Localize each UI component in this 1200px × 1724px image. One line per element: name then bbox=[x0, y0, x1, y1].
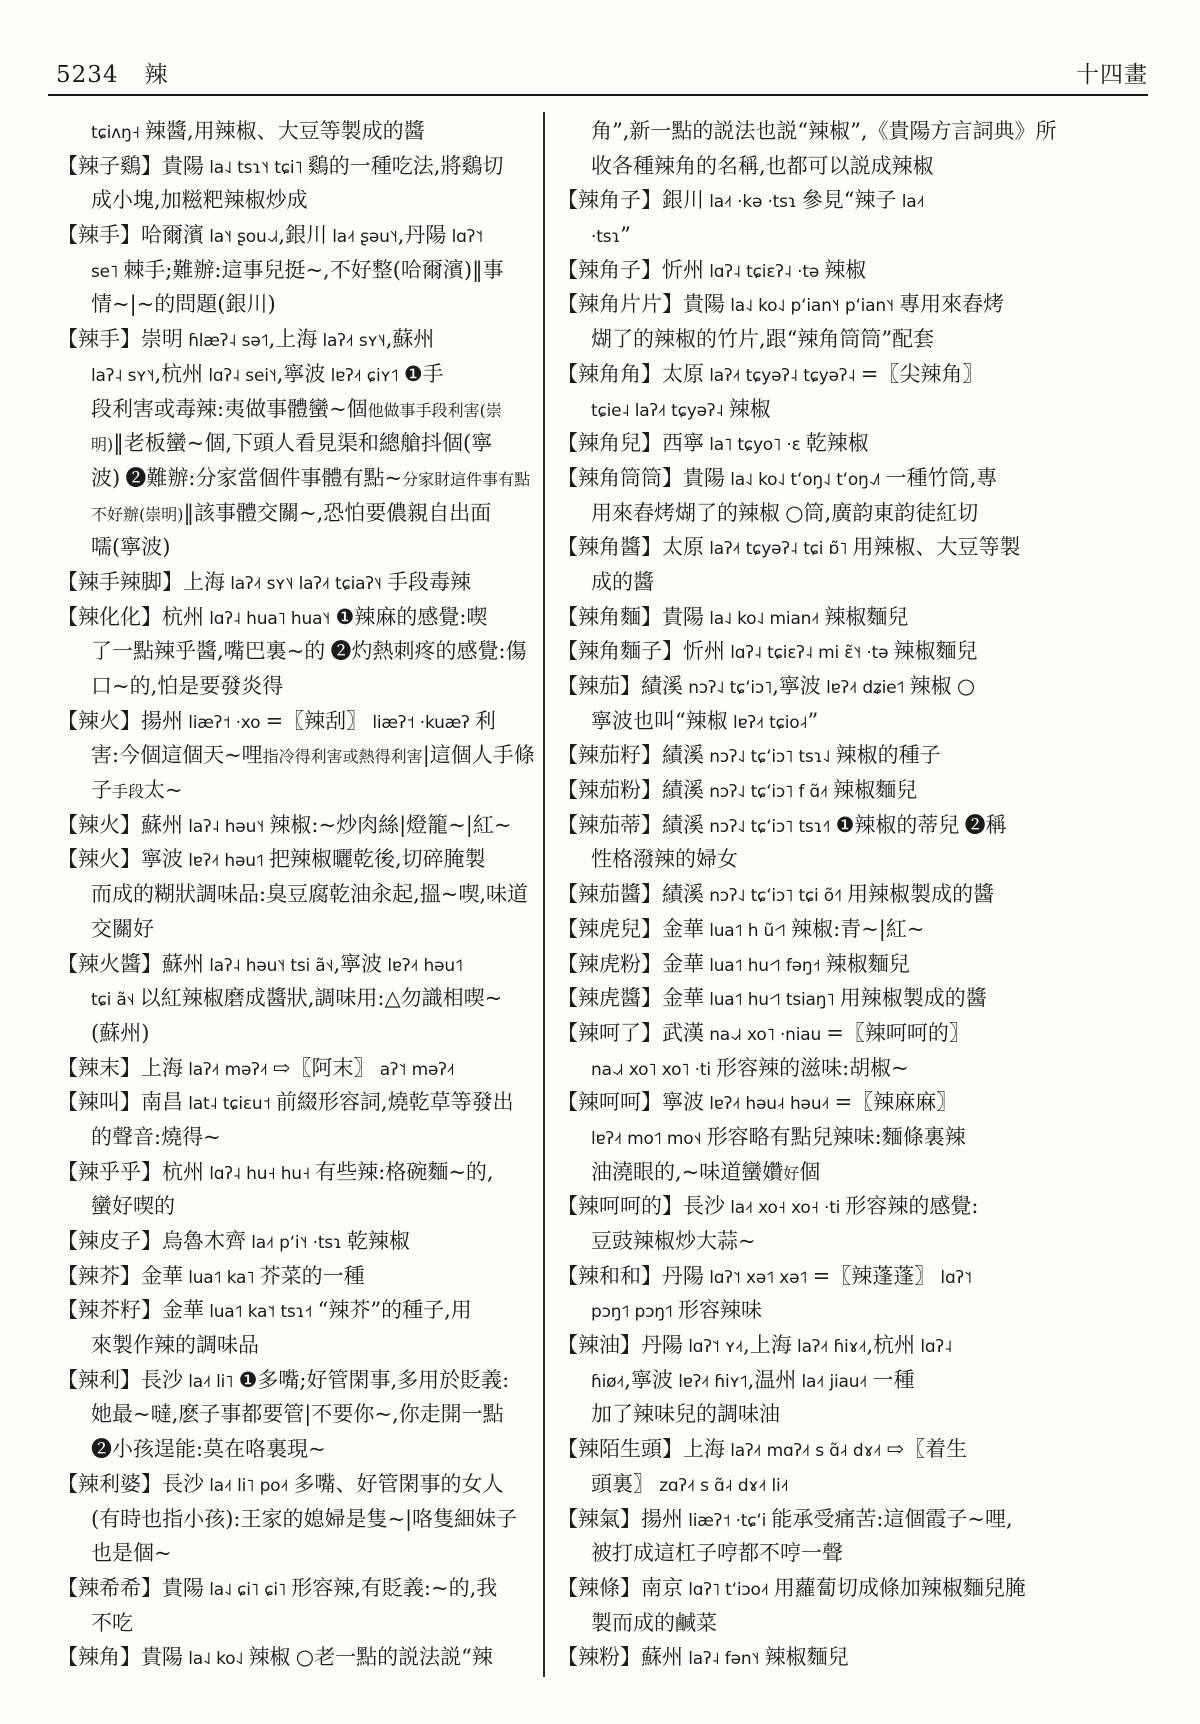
dictionary-line: 用來舂烤煳了的辣椒 ○筒,廣韵東韵徒紅切 bbox=[557, 496, 1027, 531]
phonetic-transcription: laʔ˨˦ mɑʔ˨˦ s ɑ̃˨˧ dɤ˨˦ bbox=[725, 1441, 887, 1461]
entry-text: 【辣子鷄】貴陽 la˨˩ tsɿ˥˧ tɕi˥ 鷄的一種吃法,將鷄切 bbox=[57, 154, 503, 178]
dictionary-line: 【辣茄籽】績溪 nɔʔ˨˩ tɕʻiɔ˥ tsɿ˨˩ 辣椒的種子 bbox=[557, 738, 1027, 773]
entry-text: 被打成這杠子哼都不哼一聲 bbox=[591, 1541, 843, 1565]
dictionary-line: tɕiʌŋ˧ 辣醬,用辣椒、大豆等製成的醬 bbox=[57, 114, 539, 149]
dictionary-line: 【辣粉】蘇州 laʔ˨ fən˥˧ 辣椒麵兒 bbox=[557, 1640, 1027, 1675]
entry-text: ‖該事體交關~,恐怕要儂親自出面 bbox=[184, 501, 492, 525]
dictionary-line: 【辣子鷄】貴陽 la˨˩ tsɿ˥˧ tɕi˥ 鷄的一種吃法,將鷄切 bbox=[57, 149, 539, 184]
entry-text: (蘇州) bbox=[91, 1021, 149, 1045]
dictionary-line: 【辣火】蘇州 laʔ˨ həu˥˧ 辣椒:~炒肉絲|燈籠~|紅~ bbox=[57, 808, 539, 843]
dictionary-line: 不好辦(崇明)‖該事體交關~,恐怕要儂親自出面 bbox=[57, 496, 539, 531]
entry-text: ·tsɿ” bbox=[591, 223, 631, 247]
entry-text: ❷小孩逞能:莫在咯裏現~ bbox=[91, 1437, 326, 1461]
gloss-small-text: 明) bbox=[91, 435, 113, 454]
dictionary-line: 製而成的鹹菜 bbox=[557, 1606, 1027, 1641]
entry-text: 【辣氣】揚州 liæʔ˦ ·tɕʻi 能承受痛苦:這個霞子~哩, bbox=[557, 1507, 1013, 1531]
entry-text: 【辣芥】金華 lua˦˥ ka˥ 芥菜的一種 bbox=[57, 1264, 365, 1288]
dictionary-line: 【辣角】貴陽 la˨˩ ko˨˩ 辣椒 ○老一點的説法説“辣 bbox=[57, 1640, 539, 1675]
entry-text: 【辣條】南京 lɑʔ˥ tʻiɔo˨˦ 用蘿蔔切成條加辣椒麵兒腌 bbox=[557, 1576, 1026, 1600]
phonetic-transcription: tɕiʌŋ˧ bbox=[91, 123, 145, 143]
entry-text: 情~|~的問題(銀川) bbox=[91, 292, 276, 316]
entry-text: 角”,新一點的説法也説“辣椒”,《貴陽方言詞典》所 bbox=[591, 119, 1057, 143]
dictionary-line: 也是個~ bbox=[57, 1536, 539, 1571]
stroke-section-label: 十四畫 bbox=[1076, 56, 1148, 89]
dictionary-line: 煳了的辣椒的竹片,跟“辣角筒筒”配套 bbox=[557, 322, 1027, 357]
phonetic-transcription: lua˦˥ ka˥ bbox=[183, 1268, 260, 1288]
entry-text: 太~ bbox=[144, 778, 183, 802]
entry-text: 【辣茄籽】績溪 nɔʔ˨˩ tɕʻiɔ˥ tsɿ˨˩ 辣椒的種子 bbox=[557, 743, 941, 767]
dictionary-line: 【辣利】長沙 la˨˦ li˥ ❶多嘴;好管閑事,多用於貶義: bbox=[57, 1363, 539, 1398]
phonetic-transcription: lɐʔ˨˦ həu˨˧ həu˨˦ bbox=[704, 1094, 835, 1114]
entry-text: 【辣虎醬】金華 lua˦˥ hu˧˦˥ tsiaŋ˥ 用辣椒製成的醬 bbox=[557, 986, 987, 1010]
dictionary-line: 了一點辣乎醬,嘴巴裏~的 ❷灼熱刺疼的感覺:傷 bbox=[57, 634, 539, 669]
entry-text: 【辣芥籽】金華 lua˦˥ ka˥˦ tsɿ˧˦ “辣芥”的種子,用 bbox=[57, 1298, 472, 1322]
entry-text: 【辣茄粉】績溪 nɔʔ˨˩ tɕʻiɔ˥ f ɑ̃˨˦ 辣椒麵兒 bbox=[557, 778, 917, 802]
entry-text: 【辣火】揚州 liæʔ˦ ·xo =〖辣刮〗 liæʔ˦ ·kuæʔ 利 bbox=[57, 709, 496, 733]
phonetic-transcription: lat˨ tɕiɛu˦ bbox=[183, 1094, 276, 1114]
dictionary-line: 害:今個這個天~哩指冷得利害或熱得利害|這個人手條 bbox=[57, 738, 539, 773]
phonetic-transcription: lɑʔ˨ hua˥ hua˥˧ bbox=[204, 609, 336, 629]
entry-text: 波) ❷難辦:分家當個件事體有點~ bbox=[91, 466, 402, 490]
dictionary-line: 【辣乎乎】杭州 lɑʔ˨ hu˧ hu˧ 有些辣:格碗麵~的, bbox=[57, 1155, 539, 1190]
dictionary-line: 蠻好喫的 bbox=[57, 1189, 539, 1224]
dictionary-line: 嚅(寧波) bbox=[57, 530, 539, 565]
entry-text: 【辣陌生頭】上海 laʔ˨˦ mɑʔ˨˦ s ɑ̃˨˧ dɤ˨˦ ⇨〖着生 bbox=[557, 1437, 967, 1461]
dictionary-line: 【辣虎醬】金華 lua˦˥ hu˧˦˥ tsiaŋ˥ 用辣椒製成的醬 bbox=[557, 981, 1027, 1016]
dictionary-line: 角”,新一點的説法也説“辣椒”,《貴陽方言詞典》所 bbox=[557, 114, 1027, 149]
entry-text: 【辣茄】績溪 nɔʔ˨˩ tɕʻiɔ˥,寧波 lɐʔ˨˦ dʑie˦˥ 辣椒 ○ bbox=[557, 674, 975, 698]
dictionary-line: 【辣火醬】蘇州 laʔ˨ həu˥˧ tsi ã˦˨,寧波 lɐʔ˨˦ həu˦… bbox=[57, 947, 539, 982]
dictionary-line: pɔŋ˦˥ pɔŋ˦˥ 形容辣味 bbox=[557, 1293, 1027, 1328]
entry-text: 【辣呵了】武漢 na˨˩˧ xo˥ ·niau =〖辣呵呵的〗 bbox=[557, 1021, 970, 1045]
dictionary-line: 【辣角醬】太原 laʔ˨˦ tɕyəʔ˨ tɕi ɒ̃˥ 用辣椒、大豆等製 bbox=[557, 530, 1027, 565]
entry-text: 【辣角醬】太原 laʔ˨˦ tɕyəʔ˨ tɕi ɒ̃˥ 用辣椒、大豆等製 bbox=[557, 535, 1021, 559]
entry-text: 【辣和和】丹陽 lɑʔ˥˦ xə˦˥ xə˦˥ =〖辣蓬蓬〗 lɑʔ˥˦ bbox=[557, 1264, 972, 1288]
dictionary-line: 豆豉辣椒炒大蒜~ bbox=[557, 1224, 1027, 1259]
dictionary-line: tɕi ã˦˨ 以紅辣椒磨成醬狀,調味用:△勿識相喫~ bbox=[57, 981, 539, 1016]
entry-text: tɕi ã˦˨ 以紅辣椒磨成醬狀,調味用:△勿識相喫~ bbox=[91, 986, 502, 1010]
entry-text: 性格潑辣的婦女 bbox=[591, 847, 738, 871]
entry-text: 【辣角筒筒】貴陽 la˨˩ ko˨˩ tʻoŋ˨˩ tʻoŋ˨˩˥ 一種竹筒,專 bbox=[557, 466, 997, 490]
entry-text: laʔ˨ sʏ˥˧,杭州 lɑʔ˨ sei˥˧,寧波 lɐʔ˨˦ ɕiʏ˦˥ ❶… bbox=[91, 362, 444, 386]
entry-text: 製而成的鹹菜 bbox=[591, 1611, 717, 1635]
phonetic-transcription: liæʔ˦ ·tɕʻi bbox=[683, 1511, 771, 1531]
phonetic-transcription: nɔʔ˨˩ tɕʻiɔ˥ bbox=[683, 678, 772, 698]
dictionary-line: 【辣茄醬】績溪 nɔʔ˨˩ tɕʻiɔ˥ tɕi õ˧˥ 用辣椒製成的醬 bbox=[557, 877, 1027, 912]
entry-text: 個 bbox=[799, 1160, 820, 1184]
phonetic-transcription: la˨˦ li˥ bbox=[183, 1372, 239, 1392]
dictionary-line: 收各種辣角的名稱,也都可以説成辣椒 bbox=[557, 149, 1027, 184]
phonetic-transcription: lɑʔ˥˦ bbox=[446, 227, 483, 247]
entry-text: 她最~噠,麽子事都要管|不要你~,你走開一點 bbox=[91, 1402, 504, 1426]
dictionary-line: 成的醬 bbox=[557, 565, 1027, 600]
phonetic-transcription: la˨˩ ko˨˩ tʻoŋ˨˩ tʻoŋ˨˩˥ bbox=[725, 470, 886, 490]
dictionary-line: 的聲音:燒得~ bbox=[57, 1120, 539, 1155]
phonetic-transcription: na˨˩˧ xo˥ xo˥ ·ti bbox=[591, 1060, 716, 1080]
phonetic-transcription: lɑʔ˥ tʻiɔo˨˦ bbox=[683, 1580, 774, 1600]
dictionary-line: 【辣手】哈爾濱 la˥˧ ʂou˨˩˧,銀川 la˨˦ ʂəu˥˧,丹陽 lɑʔ… bbox=[57, 218, 539, 253]
entry-text: ɦiø˨˦,寧波 lɐʔ˨˦ ɦiʏ˦˥,温州 la˨˦ jiau˨˦ 一種 bbox=[591, 1368, 915, 1392]
dictionary-line: 被打成這杠子哼都不哼一聲 bbox=[557, 1536, 1027, 1571]
entry-text: 的聲音:燒得~ bbox=[91, 1125, 221, 1149]
dictionary-line: 【辣角角】太原 laʔ˨˦ tɕyəʔ˨ tɕyəʔ˨ =〖尖辣角〗 bbox=[557, 357, 1027, 392]
gloss-small-text: 他做事手段利害(崇 bbox=[368, 401, 502, 420]
phonetic-transcription: lɐʔ˨˦ ɕiʏ˦˥ bbox=[325, 366, 403, 386]
phonetic-transcription: nɔʔ˨˩ tɕʻiɔ˥ tsɿ˧˥ bbox=[704, 817, 836, 837]
dictionary-line: 【辣氣】揚州 liæʔ˦ ·tɕʻi 能承受痛苦:這個霞子~哩, bbox=[557, 1502, 1027, 1537]
entry-text: 【辣末】上海 laʔ˨˦ məʔ˨˦ ⇨〖阿末〗 aʔ˥˦ məʔ˨˦ bbox=[57, 1056, 455, 1080]
dictionary-line: 【辣陌生頭】上海 laʔ˨˦ mɑʔ˨˦ s ɑ̃˨˧ dɤ˨˦ ⇨〖着生 bbox=[557, 1432, 1027, 1467]
column-divider bbox=[543, 112, 545, 1677]
phonetic-transcription bbox=[291, 1649, 296, 1669]
phonetic-transcription: lua˦˥ h ũ˧˦˥ bbox=[704, 921, 791, 941]
entry-text: 交關好 bbox=[91, 917, 154, 941]
entry-text: 【辣皮子】烏魯木齊 la˨˦ pʻi˥˧ ·tsɿ 乾辣椒 bbox=[57, 1229, 410, 1253]
dictionary-line: 【辣油】丹陽 lɑʔ˥˦ ʏ˨˦,上海 laʔ˨˦ ɦiɤ˨˦,杭州 lɑʔ˨ bbox=[557, 1328, 1027, 1363]
entry-text: 【辣角】貴陽 la˨˩ ko˨˩ 辣椒 ○老一點的説法説“辣 bbox=[57, 1645, 493, 1669]
phonetic-transcription: laʔ˨˦ sʏ˥˨ laʔ˨˦ tɕiaʔ˥˨ bbox=[225, 574, 387, 594]
dictionary-line: 而成的糊狀調味品:臭豆腐乾油汆起,搵~喫,味道 bbox=[57, 877, 539, 912]
dictionary-line: 不吃 bbox=[57, 1606, 539, 1641]
entry-text: 嚅(寧波) bbox=[91, 535, 170, 559]
entry-text: 【辣角子】忻州 lɑʔ˨ tɕiɛʔ˨ ·tə 辣椒 bbox=[557, 258, 866, 282]
entry-text: 【辣呵呵的】長沙 la˨˦ xo˧ xo˧ ·ti 形容辣的感覺: bbox=[557, 1194, 978, 1218]
phonetic-transcription: lua˦˥ hu˧˦˥ tsiaŋ˥ bbox=[704, 990, 840, 1010]
entry-text: na˨˩˧ xo˥ xo˥ ·ti 形容辣的滋味:胡椒~ bbox=[591, 1056, 909, 1080]
page-number: 5234 bbox=[56, 62, 119, 88]
phonetic-transcription: laʔ˨˦ ɦiɤ˨˦ bbox=[792, 1337, 867, 1357]
entry-text: 蠻好喫的 bbox=[91, 1194, 175, 1218]
phonetic-transcription: lɐʔ˨˦ mo˦˥ mo˦˨ bbox=[591, 1129, 707, 1149]
dictionary-line: 【辣呵呵】寧波 lɐʔ˨˦ həu˨˧ həu˨˦ =〖辣麻麻〗 bbox=[557, 1085, 1027, 1120]
dictionary-line: 交關好 bbox=[57, 912, 539, 947]
entry-text: |這個人手條 bbox=[423, 743, 535, 767]
entry-text: 【辣火】蘇州 laʔ˨ həu˥˧ 辣椒:~炒肉絲|燈籠~|紅~ bbox=[57, 813, 511, 837]
entry-text: 【辣油】丹陽 lɑʔ˥˦ ʏ˨˦,上海 laʔ˨˦ ɦiɤ˨˦,杭州 lɑʔ˨ bbox=[557, 1333, 952, 1357]
dictionary-line: 子手段太~ bbox=[57, 773, 539, 808]
entry-text: 不吃 bbox=[91, 1611, 133, 1635]
phonetic-transcription: lua˦˥ hu˧˦˥ fəŋ˧˦ bbox=[704, 956, 826, 976]
phonetic-transcription: laʔ˨ həu˥˧ bbox=[183, 817, 269, 837]
phonetic-transcription: lɑʔ˨ hu˧ hu˧ bbox=[204, 1164, 315, 1184]
dictionary-line: lɐʔ˨˦ mo˦˥ mo˦˨ 形容略有點兒辣味:麵條裏辣 bbox=[557, 1120, 1027, 1155]
dictionary-line: 【辣角子】銀川 la˨˦ ·kə ·tsɿ 參見“辣子 la˨˦ bbox=[557, 183, 1027, 218]
entry-text: lɐʔ˨˦ mo˦˥ mo˦˨ 形容略有點兒辣味:麵條裏辣 bbox=[591, 1125, 966, 1149]
dictionary-line: 【辣火】寧波 lɐʔ˨˦ həu˦˥ 把辣椒曬乾後,切碎腌製 bbox=[57, 842, 539, 877]
entry-text: 豆豉辣椒炒大蒜~ bbox=[591, 1229, 756, 1253]
entry-text: 而成的糊狀調味品:臭豆腐乾油汆起,搵~喫,味道 bbox=[91, 882, 528, 906]
phonetic-transcription: la˨˦ ʂəu˥˧ bbox=[327, 227, 398, 247]
phonetic-transcription bbox=[780, 505, 785, 525]
phonetic-transcription: lɐʔ˨˦ həu˦˥ bbox=[382, 956, 463, 976]
entry-text: 【辣叫】南昌 lat˨ tɕiɛu˦ 前綴形容詞,燒乾草等發出 bbox=[57, 1090, 514, 1114]
phonetic-transcription: la˨˦ pʻi˥˧ ·tsɿ bbox=[246, 1233, 347, 1253]
dictionary-line: 【辣茄】績溪 nɔʔ˨˩ tɕʻiɔ˥,寧波 lɐʔ˨˦ dʑie˦˥ 辣椒 ○ bbox=[557, 669, 1027, 704]
gloss-small-text: 不好辦(崇明) bbox=[91, 505, 184, 524]
entry-text: 【辣利】長沙 la˨˦ li˥ ❶多嘴;好管閑事,多用於貶義: bbox=[57, 1368, 509, 1392]
phonetic-transcription bbox=[952, 678, 957, 698]
phonetic-transcription: se˥ bbox=[91, 262, 123, 282]
phonetic-transcription: la˥˧ ʂou˨˩˧ bbox=[204, 227, 278, 247]
dictionary-line: 來製作辣的調味品 bbox=[57, 1328, 539, 1363]
entry-text: 【辣角麵子】忻州 lɑʔ˨ tɕiɛʔ˨ mi ɛ̃˥˧ ·tə 辣椒麵兒 bbox=[557, 639, 978, 663]
dictionary-line: 她最~噠,麽子事都要管|不要你~,你走開一點 bbox=[57, 1397, 539, 1432]
phonetic-transcription bbox=[120, 470, 125, 490]
entry-text: 加了辣味兒的調味油 bbox=[591, 1402, 780, 1426]
entry-text: (有時也指小孩):王家的媳婦是隻~|咯隻細妹子 bbox=[91, 1507, 517, 1531]
dictionary-page: 5234 辣 十四畫 tɕiʌŋ˧ 辣醬,用辣椒、大豆等製成的醬【辣子鷄】貴陽 … bbox=[0, 0, 1200, 1724]
entry-text: 【辣利婆】長沙 la˨˦ li˥ po˨˦ 多嘴、好管閑事的女人 bbox=[57, 1472, 504, 1496]
entry-text: 子 bbox=[91, 778, 112, 802]
phonetic-transcription: laʔ˨ sʏ˥˧ bbox=[91, 366, 154, 386]
entry-text: 【辣化化】杭州 lɑʔ˨ hua˥ hua˥˧ ❶辣麻的感覺:喫 bbox=[57, 605, 487, 629]
dictionary-line: 油澆眼的,~味道蠻㜺好個 bbox=[557, 1155, 1027, 1190]
gloss-small-text: 手段 bbox=[112, 782, 144, 801]
entry-text: 口~的,怕是要發炎得 bbox=[91, 674, 283, 698]
dictionary-line: 【辣呵呵的】長沙 la˨˦ xo˧ xo˧ ·ti 形容辣的感覺: bbox=[557, 1189, 1027, 1224]
dictionary-line: 段利害或毒辣:夷做事體蠻~個他做事手段利害(崇 bbox=[57, 392, 539, 427]
left-column: tɕiʌŋ˧ 辣醬,用辣椒、大豆等製成的醬【辣子鷄】貴陽 la˨˩ tsɿ˥˧ … bbox=[57, 114, 539, 1675]
entry-text: 【辣角片片】貴陽 la˨˩ ko˨˩ pʻian˥˧ pʻian˥˧ 專用來舂烤 bbox=[557, 292, 1004, 316]
dictionary-line: 【辣和和】丹陽 lɑʔ˥˦ xə˦˥ xə˦˥ =〖辣蓬蓬〗 lɑʔ˥˦ bbox=[557, 1259, 1027, 1294]
phonetic-transcription: lɑʔ˨ bbox=[915, 1337, 952, 1357]
phonetic-transcription: la˨˩ ko˨˩ pʻian˥˧ pʻian˥˧ bbox=[725, 296, 899, 316]
phonetic-transcription: aʔ˥˦ məʔ˨˦ bbox=[375, 1060, 455, 1080]
phonetic-transcription: laʔ˨˦ sʏ˥˨ bbox=[317, 331, 385, 351]
right-column: 角”,新一點的説法也説“辣椒”,《貴陽方言詞典》所收各種辣角的名稱,也都可以説成… bbox=[557, 114, 1027, 1675]
phonetic-transcription: la˥ tɕyo˥ ·ɛ bbox=[704, 435, 806, 455]
phonetic-transcription: laʔ˨˦ tɕyəʔ˨ tɕi ɒ̃˥ bbox=[704, 539, 853, 559]
phonetic-transcription: lɑʔ˥˦ xə˦˥ xə˦˥ bbox=[704, 1268, 813, 1288]
phonetic-transcription: tɕi ã˦˨ bbox=[91, 990, 140, 1010]
phonetic-transcription: ɦlæʔ˨ sə˦˥ bbox=[183, 331, 269, 351]
phonetic-transcription: lɑʔ˥˦ ʏ˨˦ bbox=[683, 1337, 743, 1357]
dictionary-line: 【辣角麵】貴陽 la˨˩ ko˨˩ mian˨˦ 辣椒麵兒 bbox=[557, 600, 1027, 635]
entry-text: 了一點辣乎醬,嘴巴裏~的 ❷灼熱刺疼的感覺:傷 bbox=[91, 639, 527, 663]
header-rule bbox=[48, 94, 1148, 96]
gloss-small-text: 指冷得利害或熱得利害 bbox=[263, 747, 423, 766]
page-header: 5234 辣 十四畫 bbox=[56, 56, 1148, 89]
phonetic-transcription: la˨˦ ·kə ·tsɿ bbox=[704, 192, 802, 212]
dictionary-line: laʔ˨ sʏ˥˧,杭州 lɑʔ˨ sei˥˧,寧波 lɐʔ˨˦ ɕiʏ˦˥ ❶… bbox=[57, 357, 539, 392]
entry-text: 【辣角兒】西寧 la˥ tɕyo˥ ·ɛ 乾辣椒 bbox=[557, 431, 869, 455]
phonetic-transcription: lɐʔ˨˦ ɦiʏ˦˥ bbox=[673, 1372, 748, 1392]
phonetic-transcription: ·tsɿ bbox=[591, 227, 620, 247]
entry-text: 【辣火】寧波 lɐʔ˨˦ həu˦˥ 把辣椒曬乾後,切碎腌製 bbox=[57, 847, 486, 871]
phonetic-transcription: lɑʔ˨ sei˥˧ bbox=[203, 366, 277, 386]
phonetic-transcription: pɔŋ˦˥ pɔŋ˦˥ bbox=[591, 1302, 678, 1322]
phonetic-transcription: la˨˦ xo˧ xo˧ ·ti bbox=[725, 1198, 845, 1218]
entry-text: 【辣角子】銀川 la˨˦ ·kə ·tsɿ 參見“辣子 la˨˦ bbox=[557, 188, 924, 212]
entry-text: 【辣虎粉】金華 lua˦˥ hu˧˦˥ fəŋ˧˦ 辣椒麵兒 bbox=[557, 952, 910, 976]
entry-text: ‖老板蠻~個,下頭人看見渠和總艙抖個(寧 bbox=[113, 431, 492, 455]
dictionary-line: 【辣手辣脚】上海 laʔ˨˦ sʏ˥˨ laʔ˨˦ tɕiaʔ˥˨ 手段毒辣 bbox=[57, 565, 539, 600]
dictionary-line: 【辣末】上海 laʔ˨˦ məʔ˨˦ ⇨〖阿末〗 aʔ˥˦ məʔ˨˦ bbox=[57, 1051, 539, 1086]
dictionary-line: 【辣芥】金華 lua˦˥ ka˥ 芥菜的一種 bbox=[57, 1259, 539, 1294]
dictionary-line: 性格潑辣的婦女 bbox=[557, 842, 1027, 877]
entry-text: 用來舂烤煳了的辣椒 ○筒,廣韵東韵徒紅切 bbox=[591, 501, 978, 525]
dictionary-line: 頭裏〗 zɑʔ˨˦ s ɑ̃˨˧ dɤ˨˦ li˨˦ bbox=[557, 1467, 1027, 1502]
dictionary-line: tɕie˨ laʔ˨˦ tɕyəʔ˨ 辣椒 bbox=[557, 392, 1027, 427]
entry-text: 段利害或毒辣:夷做事體蠻~個 bbox=[91, 397, 368, 421]
entry-text: pɔŋ˦˥ pɔŋ˦˥ 形容辣味 bbox=[591, 1298, 762, 1322]
entry-text: tɕie˨ laʔ˨˦ tɕyəʔ˨ 辣椒 bbox=[591, 397, 771, 421]
phonetic-transcription: liæʔ˦ ·kuæʔ bbox=[367, 713, 475, 733]
entry-text: 【辣火醬】蘇州 laʔ˨ həu˥˧ tsi ã˦˨,寧波 lɐʔ˨˦ həu˦… bbox=[57, 952, 463, 976]
page-header-left: 5234 辣 bbox=[56, 56, 169, 89]
entry-text: 來製作辣的調味品 bbox=[91, 1333, 259, 1357]
phonetic-transcription: la˨˩ tsɿ˥˧ tɕi˥ bbox=[204, 158, 308, 178]
phonetic-transcription: lɑʔ˨ tɕiɛʔ˨ mi ɛ̃˥˧ ·tə bbox=[725, 643, 894, 663]
phonetic-transcription bbox=[959, 817, 964, 837]
dictionary-line: 加了辣味兒的調味油 bbox=[557, 1397, 1027, 1432]
dictionary-line: 【辣化化】杭州 lɑʔ˨ hua˥ hua˥˧ ❶辣麻的感覺:喫 bbox=[57, 600, 539, 635]
entry-text: 【辣茄蒂】績溪 nɔʔ˨˩ tɕʻiɔ˥ tsɿ˧˥ ❶辣椒的蒂兒 ❷稱 bbox=[557, 813, 1007, 837]
dictionary-line: 成小塊,加糍粑辣椒炒成 bbox=[57, 183, 539, 218]
entry-text: 煳了的辣椒的竹片,跟“辣角筒筒”配套 bbox=[591, 327, 934, 351]
dictionary-line: 寧波也叫“辣椒 lɐʔ˨˦ tɕio˨˧” bbox=[557, 704, 1027, 739]
dictionary-line: 波) ❷難辦:分家當個件事體有點~分家財這件事有點 bbox=[57, 461, 539, 496]
dictionary-line: 【辣手】崇明 ɦlæʔ˨ sə˦˥,上海 laʔ˨˦ sʏ˥˨,蘇州 bbox=[57, 322, 539, 357]
phonetic-transcription: zɑʔ˨˦ s ɑ̃˨˧ dɤ˨˦ li˨˦ bbox=[654, 1476, 789, 1496]
phonetic-transcription: la˨˩ ko˨˩ mian˨˦ bbox=[704, 609, 824, 629]
dictionary-line: 【辣芥籽】金華 lua˦˥ ka˥˦ tsɿ˧˦ “辣芥”的種子,用 bbox=[57, 1293, 539, 1328]
dictionary-line: 【辣虎粉】金華 lua˦˥ hu˧˦˥ fəŋ˧˦ 辣椒麵兒 bbox=[557, 947, 1027, 982]
phonetic-transcription: nɔʔ˨˩ tɕʻiɔ˥ f ɑ̃˨˦ bbox=[704, 782, 833, 802]
entry-text: 頭裏〗 zɑʔ˨˦ s ɑ̃˨˧ dɤ˨˦ li˨˦ bbox=[591, 1472, 789, 1496]
dictionary-line: 【辣虎兒】金華 lua˦˥ h ũ˧˦˥ 辣椒:青~|紅~ bbox=[557, 912, 1027, 947]
phonetic-transcription: liæʔ˦ ·xo bbox=[183, 713, 266, 733]
entry-text: 【辣希希】貴陽 la˨˩ ɕi˥ ɕi˥ 形容辣,有貶義:~的,我 bbox=[57, 1576, 497, 1600]
dictionary-line: ·tsɿ” bbox=[557, 218, 1027, 253]
entry-text: 【辣手】哈爾濱 la˥˧ ʂou˨˩˧,銀川 la˨˦ ʂəu˥˧,丹陽 lɑʔ… bbox=[57, 223, 483, 247]
dictionary-line: (有時也指小孩):王家的媳婦是隻~|咯隻細妹子 bbox=[57, 1502, 539, 1537]
phonetic-transcription: ɦiø˨˦ bbox=[591, 1372, 624, 1392]
phonetic-transcription: laʔ˨˦ məʔ˨˦ bbox=[183, 1060, 273, 1080]
dictionary-line: 【辣利婆】長沙 la˨˦ li˥ po˨˦ 多嘴、好管閑事的女人 bbox=[57, 1467, 539, 1502]
entry-text: 【辣角角】太原 laʔ˨˦ tɕyəʔ˨ tɕyəʔ˨ =〖尖辣角〗 bbox=[557, 362, 983, 386]
phonetic-transcription: lɐʔ˨˦ dʑie˦˥ bbox=[821, 678, 910, 698]
entry-text: 【辣乎乎】杭州 lɑʔ˨ hu˧ hu˧ 有些辣:格碗麵~的, bbox=[57, 1160, 494, 1184]
dictionary-line: ❷小孩逞能:莫在咯裏現~ bbox=[57, 1432, 539, 1467]
entry-text: 成小塊,加糍粑辣椒炒成 bbox=[91, 188, 308, 212]
dictionary-line: na˨˩˧ xo˥ xo˥ ·ti 形容辣的滋味:胡椒~ bbox=[557, 1051, 1027, 1086]
dictionary-line: (蘇州) bbox=[57, 1016, 539, 1051]
phonetic-transcription: laʔ˨˦ tɕyəʔ˨ tɕyəʔ˨ bbox=[704, 366, 861, 386]
dictionary-line: 明)‖老板蠻~個,下頭人看見渠和總艙抖個(寧 bbox=[57, 426, 539, 461]
phonetic-transcription: laʔ˨ həu˥˧ tsi ã˦˨ bbox=[204, 956, 333, 976]
phonetic-transcription: la˨˩ ɕi˥ ɕi˥ bbox=[204, 1580, 291, 1600]
dictionary-line: 【辣茄蒂】績溪 nɔʔ˨˩ tɕʻiɔ˥ tsɿ˧˥ ❶辣椒的蒂兒 ❷稱 bbox=[557, 808, 1027, 843]
entry-text: 也是個~ bbox=[91, 1541, 172, 1565]
gloss-small-text: 分家財這件事有點 bbox=[402, 470, 530, 489]
entry-text: 【辣呵呵】寧波 lɐʔ˨˦ həu˨˧ həu˨˦ =〖辣麻麻〗 bbox=[557, 1090, 957, 1114]
gloss-small-text: 好 bbox=[783, 1164, 799, 1183]
dictionary-line: 口~的,怕是要發炎得 bbox=[57, 669, 539, 704]
dictionary-line: ɦiø˨˦,寧波 lɐʔ˨˦ ɦiʏ˦˥,温州 la˨˦ jiau˨˦ 一種 bbox=[557, 1363, 1027, 1398]
entry-text: se˥ 棘手;難辦:這事兒挺~,不好整(哈爾濱)‖事 bbox=[91, 258, 504, 282]
entry-text: 【辣粉】蘇州 laʔ˨ fən˥˧ 辣椒麵兒 bbox=[557, 1645, 849, 1669]
dictionary-line: 【辣火】揚州 liæʔ˦ ·xo =〖辣刮〗 liæʔ˦ ·kuæʔ 利 bbox=[57, 704, 539, 739]
phonetic-transcription: laʔ˨ fən˥˧ bbox=[683, 1649, 765, 1669]
dictionary-line: 【辣希希】貴陽 la˨˩ ɕi˥ ɕi˥ 形容辣,有貶義:~的,我 bbox=[57, 1571, 539, 1606]
phonetic-transcription: lua˦˥ ka˥˦ tsɿ˧˦ bbox=[204, 1302, 318, 1322]
phonetic-transcription: lɐʔ˨˦ həu˦˥ bbox=[183, 851, 269, 871]
entry-text: tɕiʌŋ˧ 辣醬,用辣椒、大豆等製成的醬 bbox=[91, 119, 425, 143]
dictionary-line: 【辣呵了】武漢 na˨˩˧ xo˥ ·niau =〖辣呵呵的〗 bbox=[557, 1016, 1027, 1051]
running-headword: 辣 bbox=[145, 56, 169, 89]
phonetic-transcription: la˨˩ ko˨˩ bbox=[183, 1649, 249, 1669]
phonetic-transcription: lɑʔ˨ tɕiɛʔ˨ ·tə bbox=[704, 262, 824, 282]
dictionary-line: 【辣角片片】貴陽 la˨˩ ko˨˩ pʻian˥˧ pʻian˥˧ 專用來舂烤 bbox=[557, 287, 1027, 322]
entry-text: 收各種辣角的名稱,也都可以説成辣椒 bbox=[591, 154, 934, 178]
entry-text: 【辣茄醬】績溪 nɔʔ˨˩ tɕʻiɔ˥ tɕi õ˧˥ 用辣椒製成的醬 bbox=[557, 882, 994, 906]
phonetic-transcription bbox=[325, 643, 330, 663]
dictionary-line: se˥ 棘手;難辦:這事兒挺~,不好整(哈爾濱)‖事 bbox=[57, 253, 539, 288]
entry-text: 寧波也叫“辣椒 lɐʔ˨˦ tɕio˨˧” bbox=[591, 709, 818, 733]
dictionary-line: 【辣皮子】烏魯木齊 la˨˦ pʻi˥˧ ·tsɿ 乾辣椒 bbox=[57, 1224, 539, 1259]
phonetic-transcription: nɔʔ˨˩ tɕʻiɔ˥ tɕi õ˧˥ bbox=[704, 886, 847, 906]
phonetic-transcription: tɕie˨ laʔ˨˦ tɕyəʔ˨ bbox=[591, 401, 729, 421]
entry-text: 【辣手辣脚】上海 laʔ˨˦ sʏ˥˨ laʔ˨˦ tɕiaʔ˥˨ 手段毒辣 bbox=[57, 570, 471, 594]
phonetic-transcription: lɑʔ˥˦ bbox=[935, 1268, 972, 1288]
dictionary-line: 【辣條】南京 lɑʔ˥ tʻiɔo˨˦ 用蘿蔔切成條加辣椒麵兒腌 bbox=[557, 1571, 1027, 1606]
phonetic-transcription: la˨˦ li˥ po˨˦ bbox=[204, 1476, 294, 1496]
dictionary-line: 【辣茄粉】績溪 nɔʔ˨˩ tɕʻiɔ˥ f ɑ̃˨˦ 辣椒麵兒 bbox=[557, 773, 1027, 808]
dictionary-line: 【辣角兒】西寧 la˥ tɕyo˥ ·ɛ 乾辣椒 bbox=[557, 426, 1027, 461]
entry-text: 【辣角麵】貴陽 la˨˩ ko˨˩ mian˨˦ 辣椒麵兒 bbox=[557, 605, 908, 629]
dictionary-line: 情~|~的問題(銀川) bbox=[57, 287, 539, 322]
entry-text: 油澆眼的,~味道蠻㜺 bbox=[591, 1160, 783, 1184]
dictionary-line: 【辣角麵子】忻州 lɑʔ˨ tɕiɛʔ˨ mi ɛ̃˥˧ ·tə 辣椒麵兒 bbox=[557, 634, 1027, 669]
dictionary-line: 【辣角筒筒】貴陽 la˨˩ ko˨˩ tʻoŋ˨˩ tʻoŋ˨˩˥ 一種竹筒,專 bbox=[557, 461, 1027, 496]
phonetic-transcription: lɐʔ˨˦ tɕio˨˧ bbox=[728, 713, 808, 733]
entry-text: 【辣虎兒】金華 lua˦˥ h ũ˧˦˥ 辣椒:青~|紅~ bbox=[557, 917, 924, 941]
phonetic-transcription: la˨˦ jiau˨˦ bbox=[796, 1372, 872, 1392]
entry-text: 害:今個這個天~哩 bbox=[91, 743, 263, 767]
dictionary-line: 【辣叫】南昌 lat˨ tɕiɛu˦ 前綴形容詞,燒乾草等發出 bbox=[57, 1085, 539, 1120]
phonetic-transcription: la˨˦ bbox=[897, 192, 925, 212]
entry-text: 成的醬 bbox=[591, 570, 654, 594]
phonetic-transcription: na˨˩˧ xo˥ ·niau bbox=[704, 1025, 826, 1045]
dictionary-line: 【辣角子】忻州 lɑʔ˨ tɕiɛʔ˨ ·tə 辣椒 bbox=[557, 253, 1027, 288]
phonetic-transcription: nɔʔ˨˩ tɕʻiɔ˥ tsɿ˨˩ bbox=[704, 747, 836, 767]
entry-text: 【辣手】崇明 ɦlæʔ˨ sə˦˥,上海 laʔ˨˦ sʏ˥˨,蘇州 bbox=[57, 327, 434, 351]
